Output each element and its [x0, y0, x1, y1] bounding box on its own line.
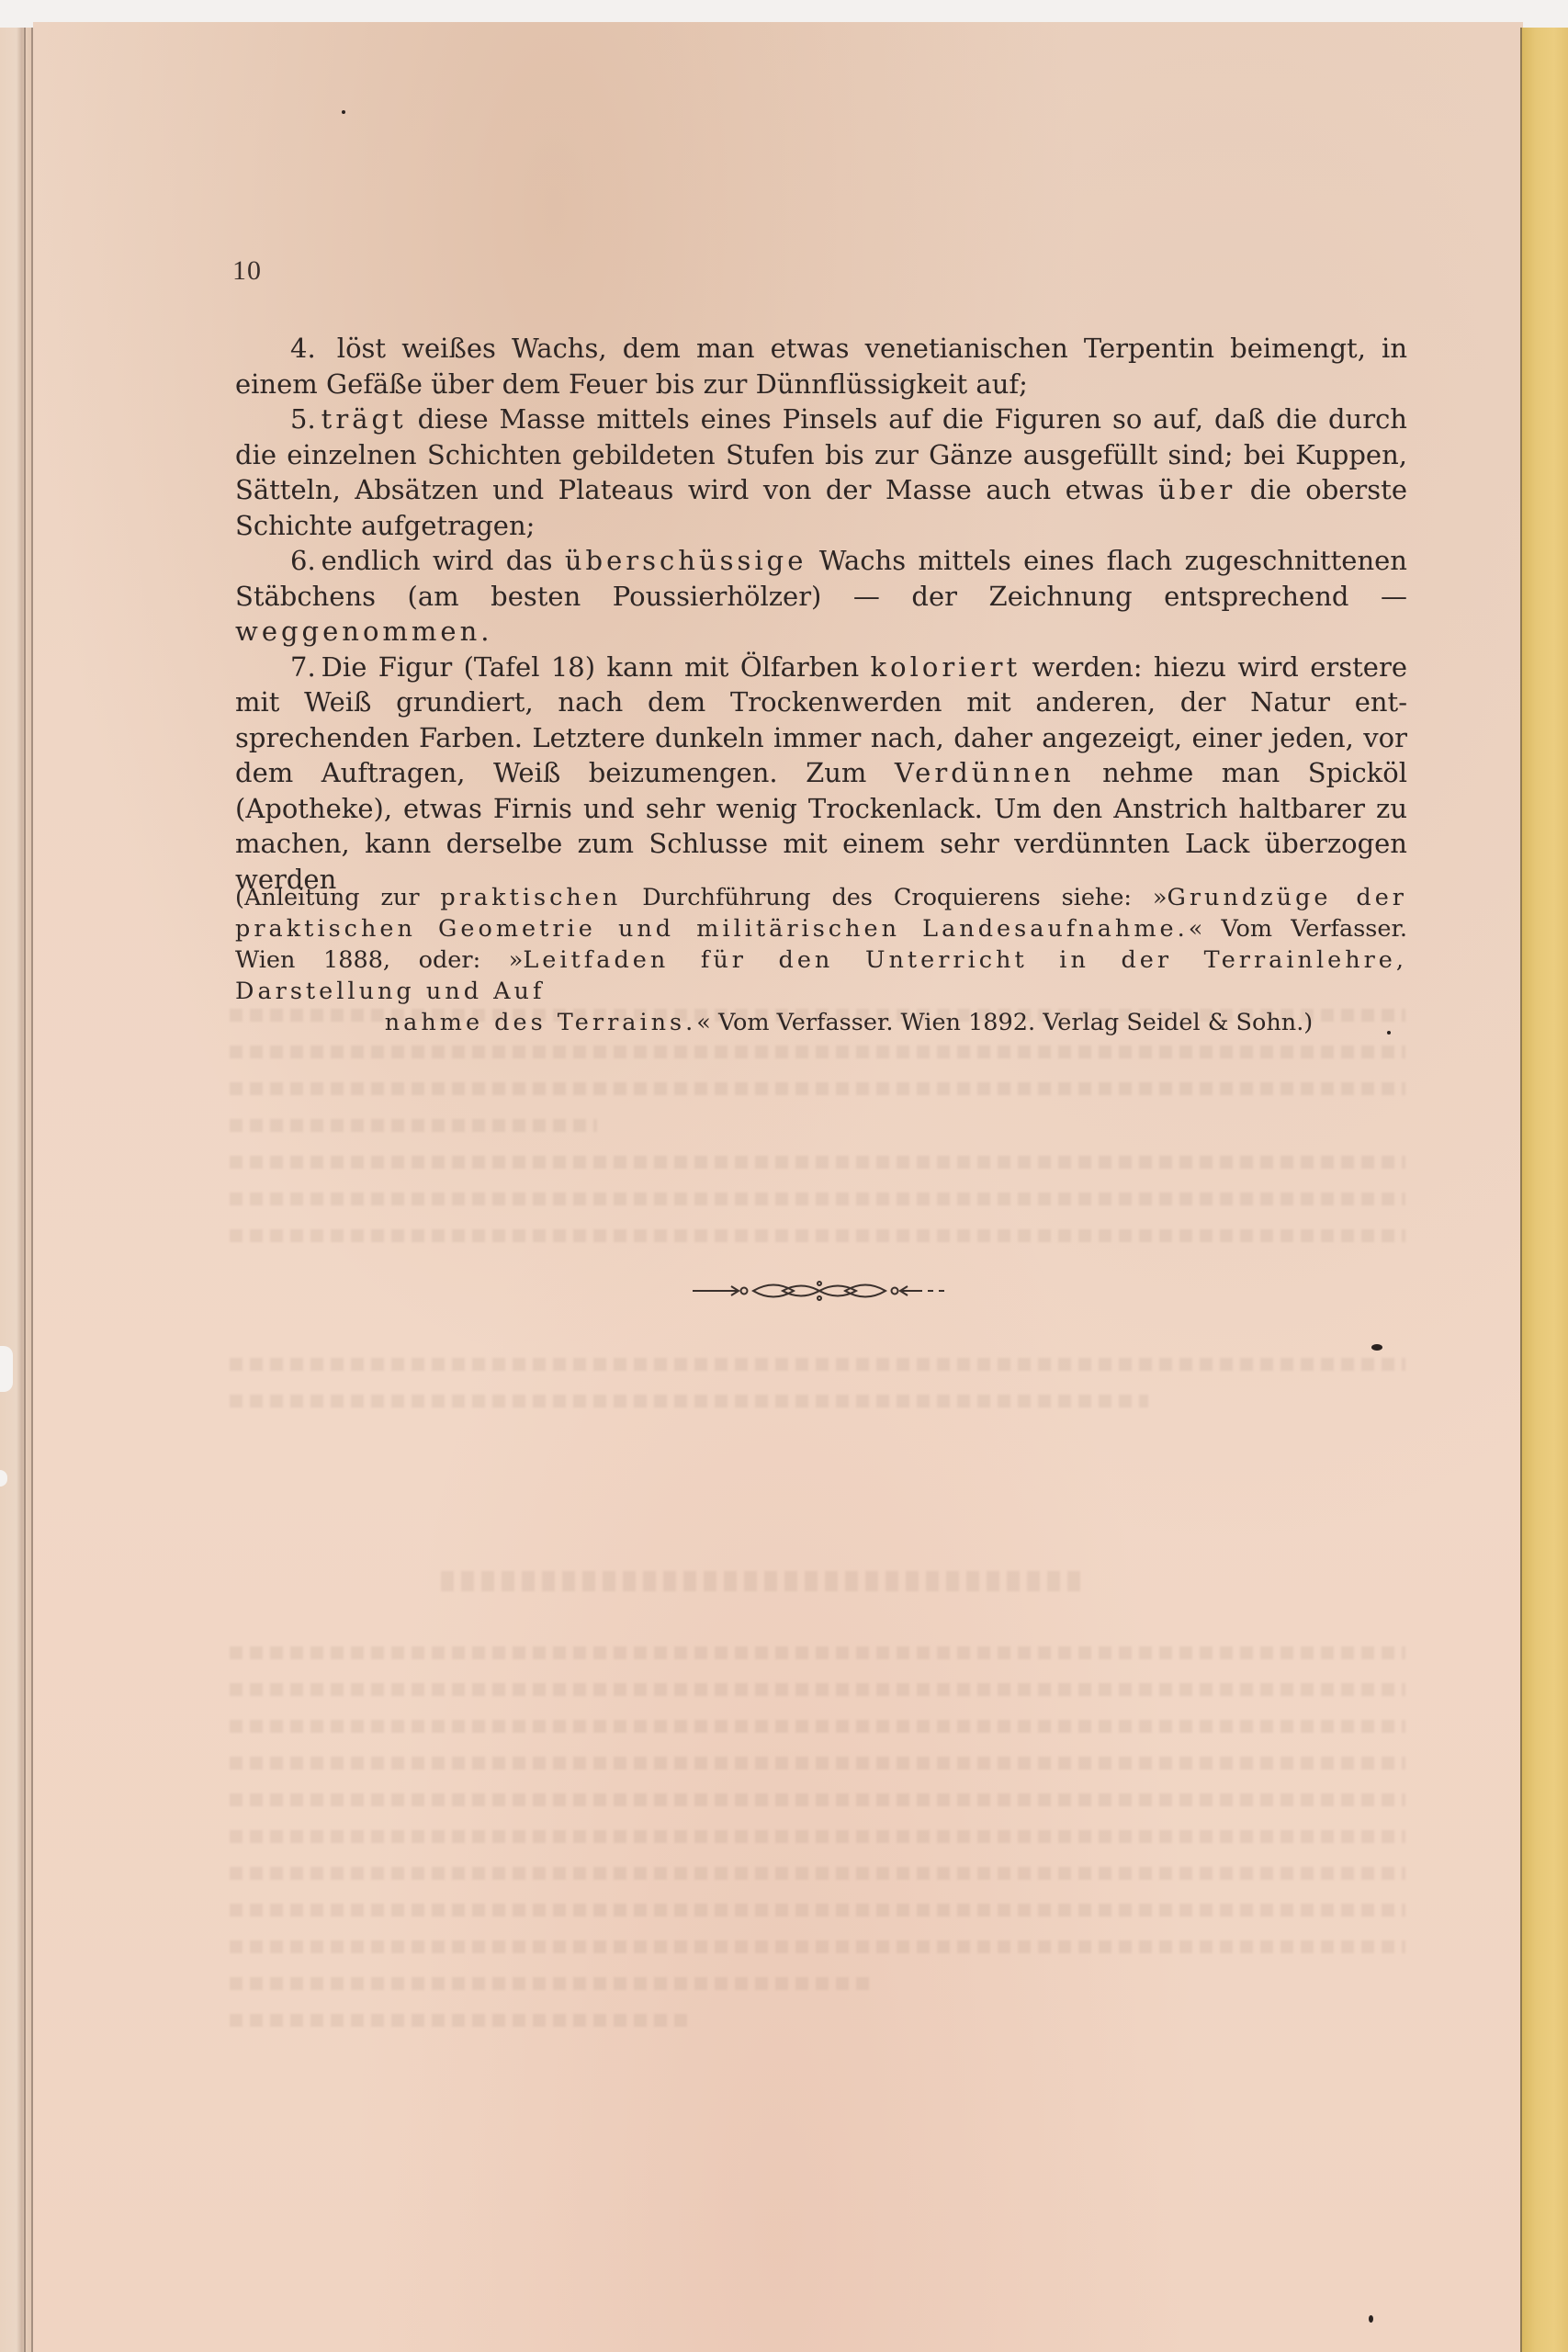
paragraph-number: 7.	[290, 651, 316, 683]
paragraph-5: 5.trägt diese Masse mittels eines Pinsel…	[235, 401, 1407, 543]
reference-last-line: nahme des Terrains.« Vom Verfasser. Wien…	[235, 1007, 1407, 1038]
bleed-through	[230, 1757, 1405, 1770]
emphasized-text: Verdünnen	[895, 757, 1075, 788]
paragraph-text: Die Figur (Tafel 18) kann mit Ölfarben	[321, 651, 871, 683]
body-text: 4. löst weißes Wachs, dem man etwas vene…	[235, 331, 1407, 897]
reference-note: (Anleitung zur praktischen Durchführung …	[235, 882, 1407, 1038]
bleed-through	[230, 1229, 1405, 1242]
paragraph-text: endlich wird das	[321, 545, 565, 576]
bleed-through	[230, 1867, 1405, 1880]
reference-text: (Anleitung zur	[235, 884, 440, 911]
paragraph-number: 6.	[290, 545, 316, 576]
paragraph-6: 6.endlich wird das überschüssige Wachs m…	[235, 543, 1407, 650]
emphasized-text: überschüssige	[565, 545, 807, 576]
bleed-through	[230, 1904, 1405, 1917]
bleed-through	[441, 1571, 1084, 1591]
bleed-through	[230, 1793, 1405, 1806]
ink-speck	[342, 110, 345, 114]
reference-text: « Vom Verfasser. Wien 1892. Verlag Seide…	[696, 1009, 1313, 1036]
emphasized-text: praktischen	[440, 884, 621, 911]
page-tear	[0, 1346, 13, 1392]
bleed-through	[230, 1395, 1148, 1408]
emphasized-text: weggenommen.	[235, 616, 492, 647]
paragraph-4: 4. löst weißes Wachs, dem man etwas vene…	[235, 331, 1407, 401]
reference-text: Durchführung des Croquierens siehe: »	[621, 884, 1167, 911]
paragraph-number: 4.	[290, 333, 316, 364]
bleed-through	[230, 1646, 1405, 1659]
paragraph-text: löst weißes Wachs, dem man etwas venetia…	[235, 333, 1407, 400]
bleed-through	[230, 1156, 1405, 1169]
paragraph-number: 5.	[290, 403, 316, 435]
reference-body: (Anleitung zur praktischen Durchführung …	[235, 882, 1407, 1007]
ornament-divider-icon	[691, 1279, 948, 1303]
book-title: nahme des Terrains.	[385, 1009, 697, 1036]
bleed-through	[230, 1683, 1405, 1696]
bleed-through	[230, 1720, 1405, 1733]
bleed-through	[230, 2014, 689, 2027]
bleed-through	[230, 1977, 873, 1990]
page-number: 10	[232, 255, 262, 287]
page-edge-line	[24, 28, 26, 2352]
bleed-through	[230, 1119, 597, 1132]
bleed-through	[230, 1082, 1405, 1095]
ink-speck	[1371, 1344, 1382, 1351]
bleed-through	[230, 1940, 1405, 1953]
emphasized-text: koloriert	[871, 651, 1021, 683]
emphasized-text: trägt	[321, 403, 407, 435]
bleed-through	[230, 1358, 1405, 1371]
bleed-through	[230, 1193, 1405, 1205]
ink-speck	[1369, 2315, 1373, 2323]
emphasized-text: über	[1158, 474, 1235, 505]
bleed-through	[230, 1830, 1405, 1843]
right-page-edge	[1520, 28, 1568, 2352]
bleed-through	[230, 1046, 1405, 1058]
paragraph-7: 7.Die Figur (Tafel 18) kann mit Ölfarben…	[235, 650, 1407, 898]
